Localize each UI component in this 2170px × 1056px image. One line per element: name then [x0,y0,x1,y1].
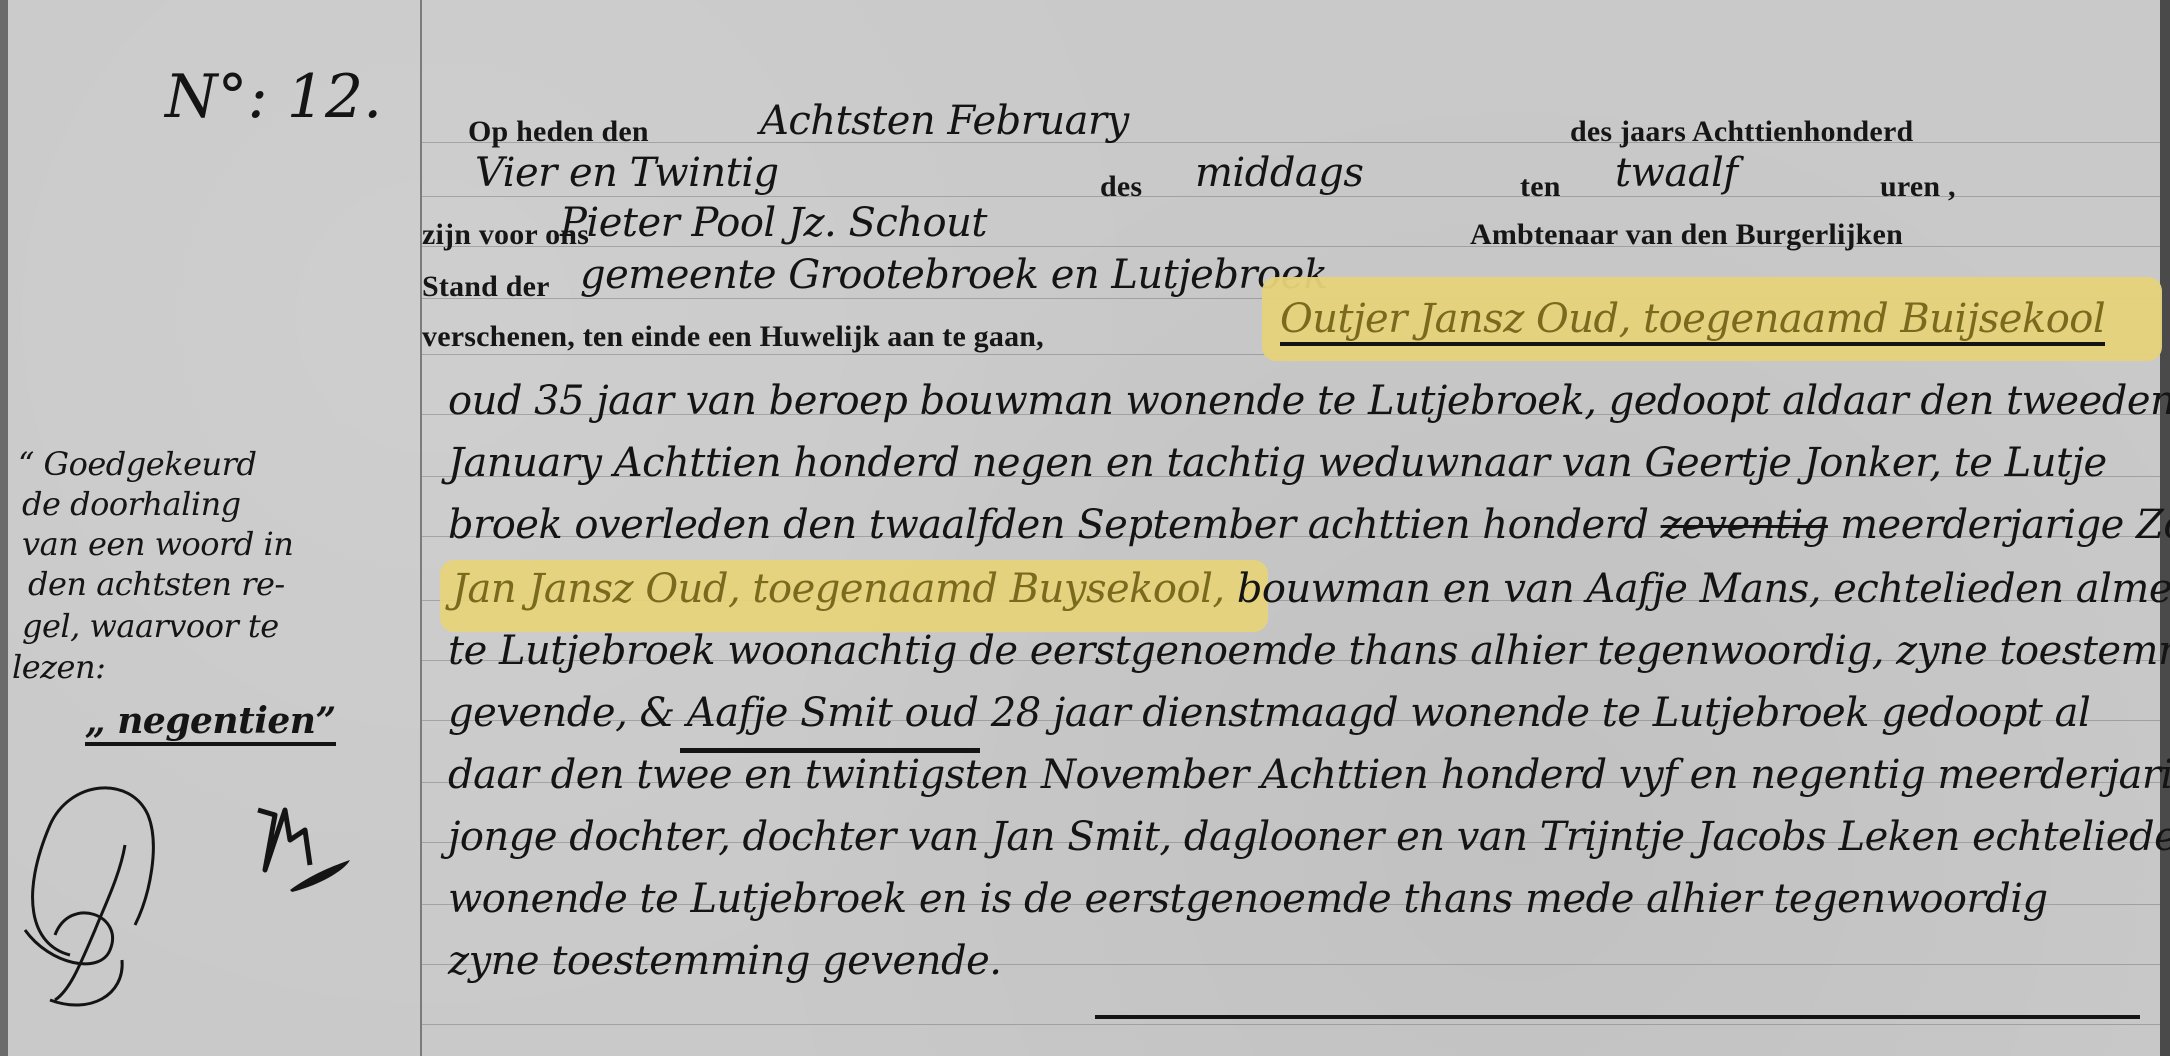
handwritten-official-name: Pieter Pool Jz. Schout [560,200,987,246]
body-line-3-text: broek overleden den twaalfden September … [448,502,1648,548]
body-line-8: jonge dochter, dochter van Jan Smit, dag… [448,814,2170,860]
page-left-edge [0,0,8,1056]
printed-verschenen: verschenen, ten einde een Huwelijk aan t… [422,320,1044,354]
printed-stand-der: Stand der [422,270,550,304]
father-name: Jan Jansz Oud, toegenaamd Buysekool, [452,566,1225,612]
printed-des: des [1100,170,1142,204]
body-line-4-rest: bouwman en van Aafje Mans, echtelieden a… [1237,566,2170,612]
body-line-6: gevende, & Aafje Smit oud 28 jaar dienst… [448,690,2090,736]
margin-note-correction: „ negentien” [85,700,336,746]
body-line-3-tail: meerderjarige Zoon van [1840,502,2170,548]
initials-paraph-left-icon [10,765,170,1015]
margin-note-line-3: van een woord in [22,525,293,563]
margin-note-line-2: de doorhaling [22,485,241,523]
printed-ambtenaar: Ambtenaar van den Burgerlijken [1470,218,1903,252]
body-line-1: oud 35 jaar van beroep bouwman wonende t… [448,378,2170,424]
printed-des-jaars: des jaars Achttienhonderd [1570,115,1913,149]
struck-word: zeventig [1661,502,1828,548]
handwritten-municipality: gemeente Grootebroek en Lutjebroek [580,252,1328,298]
body-line-5: te Lutjebroek woonachtig de eerstgenoemd… [448,628,2170,674]
handwritten-groom-name: Outjer Jansz Oud, toegenaamd Buijsekool [1280,296,2105,346]
body-line-9: wonende te Lutjebroek en is de eerstgeno… [448,876,2048,922]
handwritten-year: Vier en Twintig [475,150,779,196]
body-line-7: daar den twee en twintigsten November Ac… [448,752,2170,798]
printed-uren: uren , [1880,170,1956,204]
body-line-10: zyne toestemming gevende. [448,938,1001,984]
margin-note-line-5: gel, waarvoor te [22,607,279,645]
handwritten-date: Achtsten February [760,98,1129,144]
body-line-3: broek overleden den twaalfden September … [448,502,2170,548]
margin-note-line-4: den achtsten re- [28,565,285,603]
handwritten-hour: twaalf [1615,150,1738,196]
margin-column-rule [420,0,422,1056]
printed-op-heden-den: Op heden den [468,115,649,149]
body-line-2: January Achttien honderd negen en tachti… [448,440,2107,486]
margin-note-line-6: lezen: [12,648,105,686]
body-line-4: Jan Jansz Oud, toegenaamd Buysekool, bou… [452,566,2170,612]
ruled-line [422,1024,2160,1025]
margin-note-line-1: “ Goedgekeurd [18,445,256,483]
initials-paraph-right-icon [250,790,360,900]
document-page: N°: 12. Op heden den Achtsten February d… [0,0,2170,1056]
closing-rule [1095,1015,2140,1019]
printed-ten: ten [1520,170,1561,204]
record-number: N°: 12. [165,62,382,132]
handwritten-time-of-day: middags [1195,150,1363,196]
